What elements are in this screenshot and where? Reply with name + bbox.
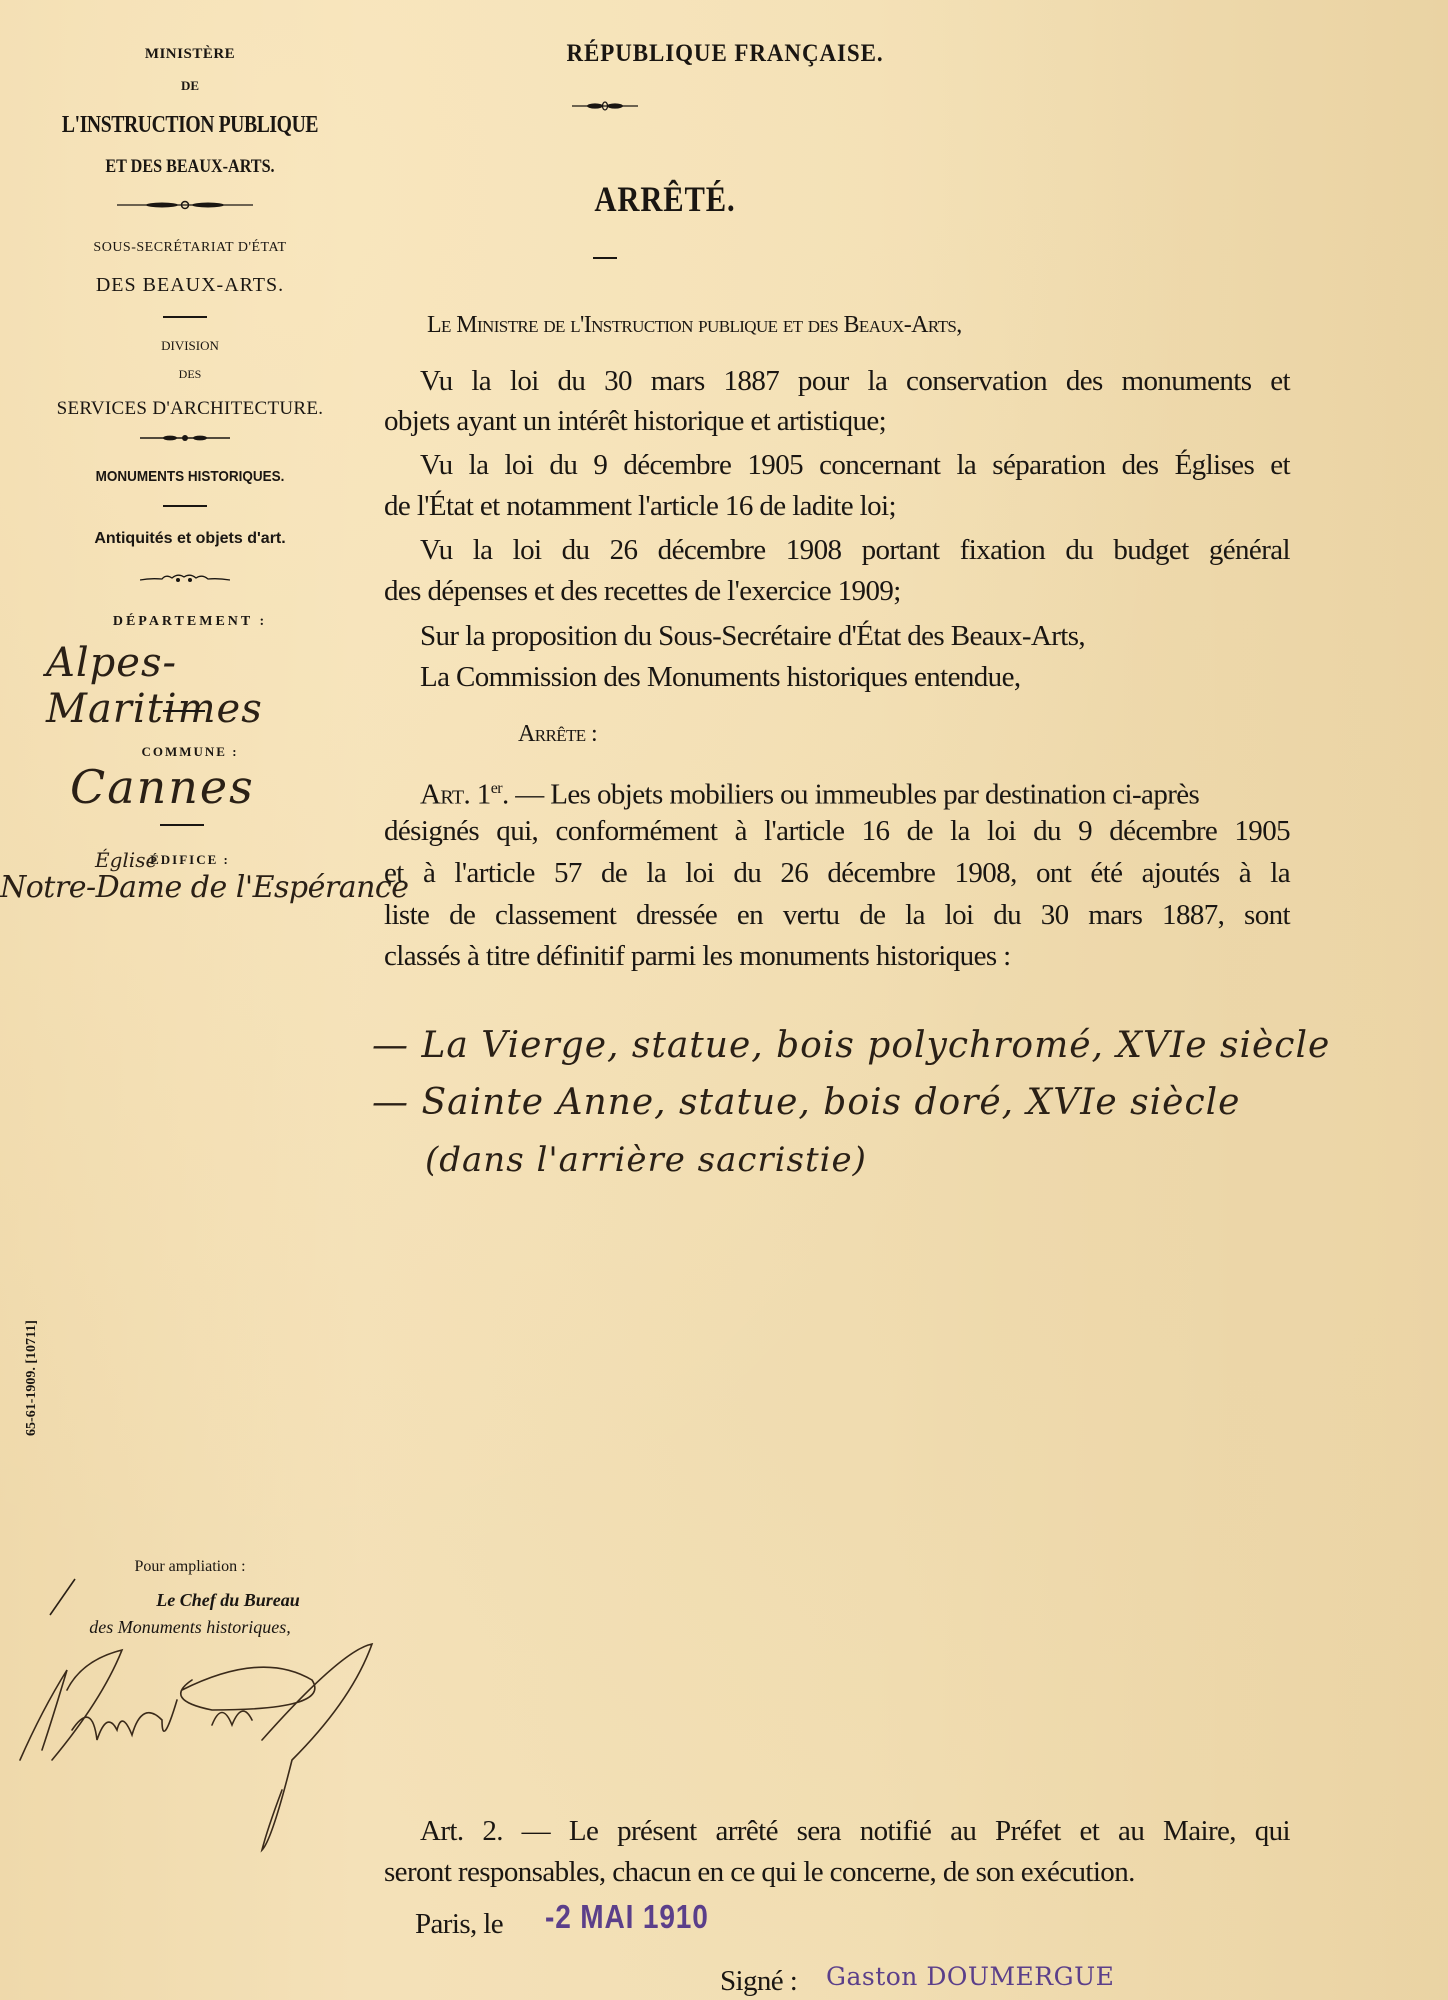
commune-label: COMMUNE : [0,744,380,760]
ornament-divider-icon [117,199,253,211]
commission-line: La Commission des Monuments historiques … [420,658,1290,696]
check-stroke-icon [45,1575,85,1620]
handwritten-item-vierge: — La Vierge, statue, bois polychromé, XV… [372,1025,1330,1066]
divider [163,316,207,318]
ministry-line4: ET DES BEAUX-ARTS. [29,156,352,178]
subsecretariat-line2: DES BEAUX-ARTS. [0,274,380,297]
vu-law-1887-line2: objets ayant un intérêt historique et ar… [384,402,1290,440]
article1-label: Art. 1 [420,779,491,811]
vu-law-1908-line2: des dépenses et des recettes de l'exerci… [384,572,1290,610]
edifice-value: Notre-Dame de l'Espérance [0,870,408,905]
handwritten-item-location-note: (dans l'arrière sacristie) [425,1140,867,1180]
arrete-label: Arrête : [518,715,1424,753]
commune-value: Cannes [70,760,255,814]
ministry-line1: MINISTÈRE [0,46,380,63]
edifice-value-above: Église [95,848,157,872]
proposition-line: Sur la proposition du Sous-Secrétaire d'… [420,617,1290,655]
division-line3: SERVICES D'ARCHITECTURE. [0,398,380,420]
closing-place: Paris, le [415,1905,503,1943]
handwritten-item-sainte-anne: — Sainte Anne, statue, bois doré, XVIe s… [372,1082,1240,1123]
signed-label: Signé : [720,1962,797,2000]
section-title: MONUMENTS HISTORIQUES. [19,468,361,485]
floral-ornament-icon [140,572,230,586]
ministry-line3: L'INSTRUCTION PUBLIQUE [34,112,346,139]
article1-line5: classés à titre définitif parmi les monu… [384,937,1290,975]
article1-label-sup: er [491,780,502,797]
divider [163,710,205,712]
minister-heading: Le Ministre de l'Instruction publique et… [427,306,1333,344]
vu-law-1905-line2: de l'État et notamment l'article 16 de l… [384,487,1290,525]
ampliation-title-line1: Le Chef du Bureau [78,1590,378,1611]
division-line1: DIVISION [0,338,380,354]
divider [593,257,617,259]
subsection-title: Antiquités et objets d'art. [0,530,380,548]
signatory-stamp: Gaston DOUMERGUE [826,1962,1114,1991]
edifice-label: ÉDIFICE : [0,852,380,868]
article2-line1: Art. 2. — Le présent arrêté sera notifié… [420,1812,1290,1850]
article1-line2: désignés qui, conformément à l'article 1… [384,812,1290,850]
date-stamp: -2 MAI 1910 [545,1898,709,1936]
divider [160,824,204,826]
division-line2: DES [0,367,380,382]
ornament-divider-icon [572,100,638,112]
document-title: ARRÊTÉ. [576,178,755,220]
ampliation-title-line2: des Monuments historiques, [0,1617,380,1638]
print-reference: 65-61-1909. [10711] [24,1318,40,1438]
ministry-line2: DE [0,78,380,94]
signature-icon [12,1640,382,1860]
vu-law-1905-line1: Vu la loi du 9 décembre 1905 concernant … [420,446,1290,484]
department-label: DÉPARTEMENT : [0,614,380,630]
article1-line3: et à l'article 57 de la loi du 26 décemb… [384,854,1290,892]
article1-line1: Art. 1er. — Les objets mobiliers ou imme… [420,770,1290,814]
article1-text-line1: . — Les objets mobiliers ou immeubles pa… [502,779,1199,811]
article2-line2: seront responsables, chacun en ce qui le… [384,1853,1244,1891]
subsecretariat-line1: SOUS-SECRÉTARIAT D'ÉTAT [0,240,380,256]
divider [163,505,207,507]
department-value: Alpes-Maritimes [46,640,380,732]
republic-title: RÉPUBLIQUE FRANÇAISE. [518,40,932,68]
ampliation-label: Pour ampliation : [0,1558,380,1576]
vu-law-1887-line1: Vu la loi du 30 mars 1887 pour la conser… [420,362,1290,400]
ornament-divider-icon [140,433,230,443]
vu-law-1908-line1: Vu la loi du 26 décembre 1908 portant fi… [420,531,1290,569]
article1-line4: liste de classement dressée en vertu de … [384,896,1290,934]
